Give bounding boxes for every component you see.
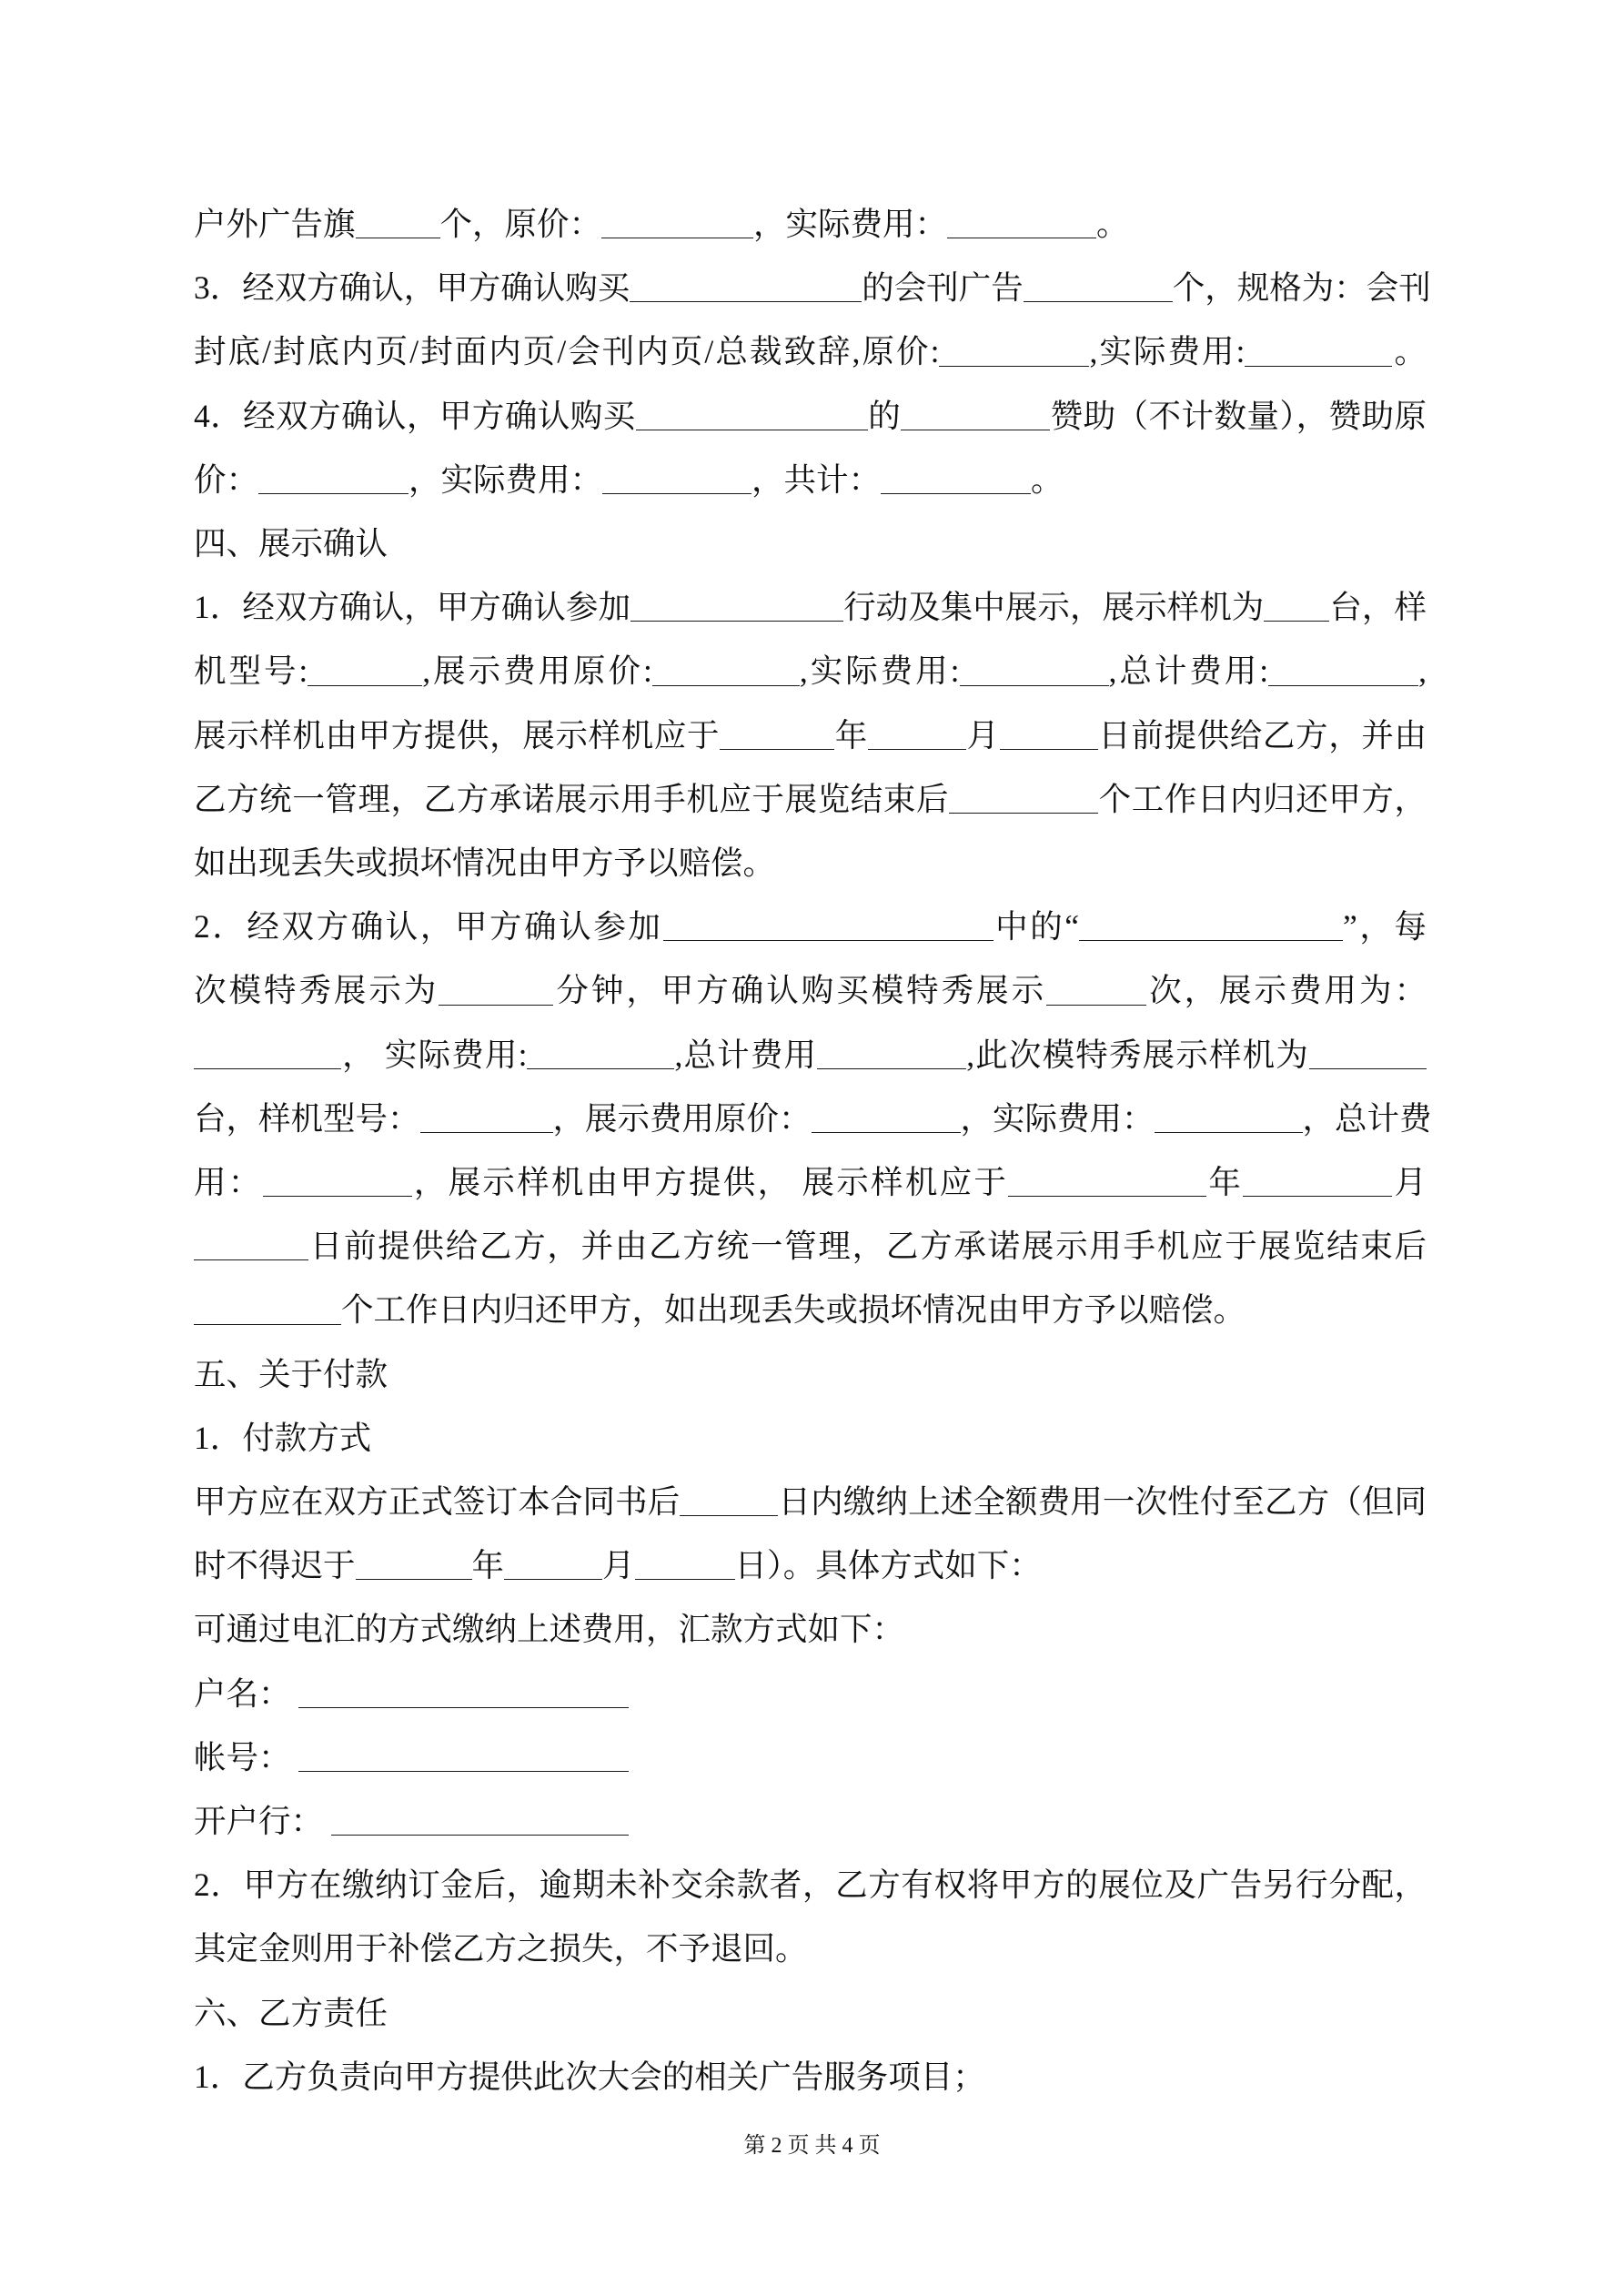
text-segment: 年	[834, 717, 868, 754]
text-segment: 赞助（不计数量），赞助原	[1050, 398, 1427, 434]
text-segment: 日前提供给乙方，并由乙方统一管理，乙方承诺展示用手机应于展览结束后	[308, 1228, 1427, 1264]
text-segment: ，实际费用：	[409, 461, 602, 498]
text-segment: 个工作日内归还甲方，	[1098, 781, 1427, 817]
display-2-line-5: 用：，展示样机由甲方提供， 展示样机应于年月	[194, 1150, 1427, 1214]
text-segment: 封底/封底内页/封面内页/会刊内页/总裁致辞,原价:	[194, 333, 939, 369]
fill-in-blank	[947, 236, 1096, 238]
fill-in-blank	[504, 1577, 602, 1580]
fill-in-blank	[1046, 1003, 1146, 1006]
fill-in-blank	[630, 619, 843, 622]
outdoor-flag-line: 户外广告旗个，原价：，实际费用：。	[194, 192, 1427, 256]
text-segment: 其定金则用于补偿乙方之损失，不予退回。	[194, 1930, 808, 1967]
party-b-1-line: 1．乙方负责向甲方提供此次大会的相关广告服务项目；	[194, 2045, 1427, 2109]
text-segment: 展示样机由甲方提供，展示样机应于	[194, 717, 720, 754]
document-page: 户外广告旗个，原价：，实际费用：。3．经双方确认，甲方确认购买的会刊广告个，规格…	[0, 0, 1624, 2296]
text-segment: 年	[472, 1547, 505, 1583]
section-4-heading: 四、展示确认	[194, 511, 1427, 575]
fill-in-blank	[636, 428, 868, 430]
text-segment: 如出现丢失或损坏情况由甲方予以赔偿。	[194, 845, 775, 881]
payment-line-2: 时不得迟于年月日）。具体方式如下：	[194, 1533, 1427, 1597]
display-1-line-3: 展示样机由甲方提供，展示样机应于年月日前提供给乙方，并由	[194, 703, 1427, 767]
fill-in-blank	[939, 364, 1089, 367]
text-segment: 日前提供给乙方，并由	[1098, 717, 1427, 754]
section-6-heading: 六、乙方责任	[194, 1981, 1427, 2045]
fill-in-blank	[356, 236, 440, 238]
text-segment: 。	[1096, 206, 1129, 242]
text-segment: ”，每	[1343, 908, 1427, 945]
text-segment: 2．甲方在缴纳订金后，逾期未补交余款者，乙方有权将甲方的展位及广告另行分配，	[194, 1866, 1427, 1903]
display-2-line-6: 日前提供给乙方，并由乙方统一管理，乙方承诺展示用手机应于展览结束后	[194, 1214, 1427, 1278]
fill-in-blank	[812, 1130, 961, 1133]
text-segment: ,实际费用:	[800, 652, 960, 689]
text-segment: 户名：	[194, 1675, 298, 1712]
clause-3-1-line: 3．经双方确认，甲方确认购买的会刊广告个，规格为：会刊	[194, 256, 1427, 319]
fill-in-blank	[420, 1130, 553, 1133]
text-segment: ，实际费用：	[961, 1100, 1155, 1137]
text-segment: ，展示样机由甲方提供， 展示样机应于	[412, 1164, 1009, 1200]
display-2-line-3: ， 实际费用:,总计费用,此次模特秀展示样机为	[194, 1023, 1427, 1087]
page-footer: 第 2 页 共 4 页	[0, 2129, 1624, 2162]
account-name-field: 户名：	[194, 1662, 1427, 1725]
fill-in-blank	[258, 491, 409, 494]
wire-transfer-line: 可通过电汇的方式缴纳上述费用，汇款方式如下：	[194, 1597, 1427, 1661]
text-segment: ,总计费用:	[1109, 652, 1269, 689]
fill-in-blank	[1268, 683, 1418, 686]
fill-in-blank	[881, 491, 1031, 494]
text-segment: 个，原价：	[440, 206, 602, 242]
display-1-line-1: 1．经双方确认，甲方确认参加行动及集中展示，展示样机为台，样	[194, 575, 1427, 639]
fill-in-blank	[720, 747, 834, 750]
text-segment: 日）。具体方式如下：	[735, 1547, 1042, 1583]
fill-in-blank	[1264, 619, 1329, 622]
fill-in-blank	[868, 747, 966, 750]
text-segment: 行动及集中展示，展示样机为	[843, 589, 1264, 625]
text-segment: 六、乙方责任	[194, 1995, 388, 2031]
fill-in-blank	[194, 1067, 341, 1069]
fill-in-blank	[663, 938, 994, 941]
fill-in-blank	[527, 1067, 674, 1069]
text-segment: 年	[1206, 1164, 1243, 1200]
text-segment: 五、关于付款	[194, 1356, 388, 1392]
display-2-line-2: 次模特秀展示为分钟，甲方确认购买模特秀展示次，展示费用为：	[194, 958, 1427, 1022]
fill-in-blank	[194, 1258, 308, 1260]
text-segment: 的	[868, 398, 901, 434]
payment-method-heading: 1．付款方式	[194, 1406, 1427, 1470]
fill-in-blank	[635, 1577, 735, 1580]
text-segment: 月	[966, 717, 1000, 754]
clause-4-1-line: 4．经双方确认，甲方确认购买的赞助（不计数量），赞助原	[194, 384, 1427, 448]
text-segment: 四、展示确认	[194, 525, 388, 561]
fill-in-blank	[1000, 747, 1098, 750]
text-segment: ,实际费用:	[1089, 333, 1245, 369]
payment-2-line-1: 2．甲方在缴纳订金后，逾期未补交余款者，乙方有权将甲方的展位及广告另行分配，	[194, 1853, 1427, 1917]
text-segment: ,展示费用原价:	[422, 652, 652, 689]
fill-in-blank	[263, 1194, 412, 1197]
fill-in-blank	[1245, 364, 1392, 367]
text-segment: 甲方应在双方正式签订本合同书后	[194, 1483, 680, 1520]
text-segment: 4．经双方确认，甲方确认购买	[194, 398, 636, 434]
text-segment: 时不得迟于	[194, 1547, 356, 1583]
fill-in-blank	[602, 491, 751, 494]
fill-in-blank	[308, 683, 422, 686]
section-5-heading: 五、关于付款	[194, 1342, 1427, 1406]
display-2-line-4: 台，样机型号：，展示费用原价：，实际费用：，总计费	[194, 1087, 1427, 1150]
fill-in-blank	[298, 1769, 629, 1772]
fill-in-blank	[630, 299, 862, 302]
text-segment: 户外广告旗	[194, 206, 356, 242]
display-2-line-7: 个工作日内归还甲方，如出现丢失或损坏情况由甲方予以赔偿。	[194, 1278, 1427, 1341]
fill-in-blank	[356, 1577, 472, 1580]
text-segment: 1．乙方负责向甲方提供此次大会的相关广告服务项目；	[194, 2058, 985, 2095]
display-1-line-5: 如出现丢失或损坏情况由甲方予以赔偿。	[194, 831, 1427, 895]
text-segment: ,此次模特秀展示样机为	[966, 1037, 1309, 1073]
fill-in-blank	[960, 683, 1109, 686]
text-segment: 1．经双方确认，甲方确认参加	[194, 589, 630, 625]
text-segment: 月	[602, 1547, 635, 1583]
fill-in-blank	[439, 1003, 553, 1006]
fill-in-blank	[298, 1705, 629, 1708]
fill-in-blank	[1155, 1130, 1303, 1133]
fill-in-blank	[1243, 1194, 1392, 1197]
fill-in-blank	[817, 1067, 966, 1069]
clause-4-2-line: 价：，实际费用：，共计：。	[194, 448, 1427, 511]
text-segment: ，展示费用原价：	[553, 1100, 812, 1137]
text-segment: 帐号：	[194, 1739, 298, 1775]
text-segment: 。	[1392, 333, 1427, 369]
payment-2-line-2: 其定金则用于补偿乙方之损失，不予退回。	[194, 1917, 1427, 1980]
display-1-line-4: 乙方统一管理，乙方承诺展示用手机应于展览结束后个工作日内归还甲方，	[194, 767, 1427, 831]
text-segment: 用：	[194, 1164, 263, 1200]
text-segment: 次，展示费用为：	[1146, 972, 1427, 1008]
fill-in-blank	[1024, 299, 1173, 302]
text-segment: 机型号:	[194, 652, 308, 689]
text-segment: ，实际费用：	[753, 206, 947, 242]
fill-in-blank	[601, 236, 753, 238]
text-segment: 分钟，甲方确认购买模特秀展示	[553, 972, 1046, 1008]
text-segment: 次模特秀展示为	[194, 972, 439, 1008]
text-segment: 3．经双方确认，甲方确认购买	[194, 269, 630, 306]
fill-in-blank	[652, 683, 800, 686]
fill-in-blank	[194, 1322, 341, 1325]
display-2-line-1: 2．经双方确认，甲方确认参加中的“”，每	[194, 895, 1427, 958]
text-segment: 中的“	[994, 908, 1080, 945]
text-segment: ,	[1418, 652, 1427, 689]
text-segment: 。	[1031, 461, 1064, 498]
text-segment: 2．经双方确认，甲方确认参加	[194, 908, 663, 945]
text-segment: 台，样	[1329, 589, 1427, 625]
payment-line-1: 甲方应在双方正式签订本合同书后日内缴纳上述全额费用一次性付至乙方（但同	[194, 1470, 1427, 1533]
text-segment: 个，规格为：会刊	[1173, 269, 1431, 306]
text-segment: ，总计费	[1303, 1100, 1432, 1137]
display-1-line-2: 机型号:,展示费用原价:,实际费用:,总计费用:,	[194, 639, 1427, 703]
fill-in-blank	[901, 428, 1050, 430]
clause-3-2-line: 封底/封底内页/封面内页/会刊内页/总裁致辞,原价:,实际费用:。	[194, 319, 1427, 383]
text-segment: 开户行：	[194, 1803, 331, 1839]
account-number-field: 帐号：	[194, 1725, 1427, 1789]
text-segment: ， 实际费用:	[341, 1037, 527, 1073]
fill-in-blank	[1008, 1194, 1206, 1197]
text-segment: 1．付款方式	[194, 1420, 371, 1456]
bank-field: 开户行：	[194, 1789, 1427, 1853]
text-segment: 台，样机型号：	[194, 1100, 420, 1137]
text-segment: 的会刊广告	[862, 269, 1024, 306]
text-segment: 月	[1392, 1164, 1427, 1200]
text-segment: ,总计费用	[674, 1037, 817, 1073]
fill-in-blank	[1079, 938, 1343, 941]
text-segment: 个工作日内归还甲方，如出现丢失或损坏情况由甲方予以赔偿。	[341, 1291, 1246, 1328]
text-segment: 日内缴纳上述全额费用一次性付至乙方（但同	[778, 1483, 1427, 1520]
text-segment: 价：	[194, 461, 258, 498]
fill-in-blank	[331, 1833, 629, 1836]
fill-in-blank	[949, 811, 1098, 814]
fill-in-blank	[680, 1513, 778, 1516]
text-segment: 乙方统一管理，乙方承诺展示用手机应于展览结束后	[194, 781, 949, 817]
text-segment: 可通过电汇的方式缴纳上述费用，汇款方式如下：	[194, 1611, 904, 1647]
fill-in-blank	[1309, 1067, 1427, 1069]
text-segment: ，共计：	[751, 461, 881, 498]
